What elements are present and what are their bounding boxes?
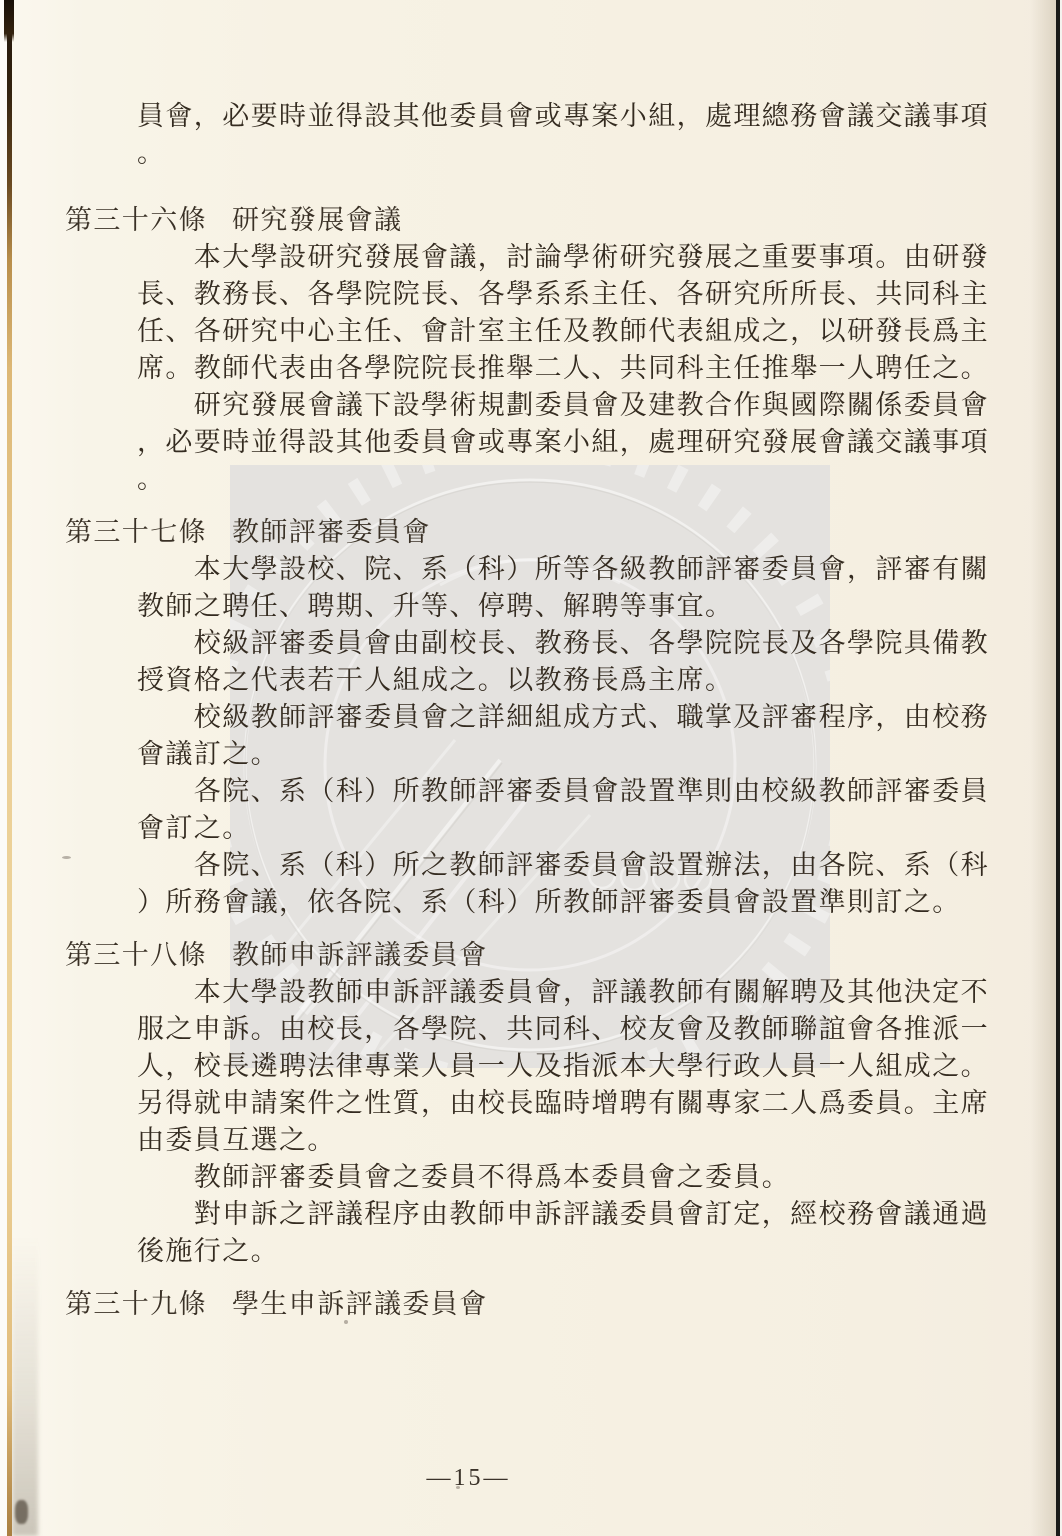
text-line: 各院、系（科）所教師評審委員會設置準則由校級教師評審委員 xyxy=(137,773,1062,810)
text-line: 校級評審委員會由副校長、教務長、各學院院長及各學院具備教 xyxy=(137,625,1062,662)
document-content: 員會，必要時並得設其他委員會或專案小組，處理總務會議交議事項。第三十六條研究發展… xyxy=(0,0,1062,1323)
text-line: 教師評審委員會之委員不得爲本委員會之委員。 xyxy=(137,1159,1062,1196)
text-line: 席。教師代表由各學院院長推舉二人、共同科主任推舉一人聘任之。 xyxy=(137,350,1062,387)
article-title: 研究發展會議 xyxy=(232,205,402,235)
paragraph: 本大學設校、院、系（科）所等各級教師評審委員會，評審有關教師之聘任、聘期、升等、… xyxy=(65,551,1062,921)
text-line: 各院、系（科）所之教師評審委員會設置辦法，由各院、系（科 xyxy=(137,847,1062,884)
article-heading: 第三十六條研究發展會議 xyxy=(65,202,1062,239)
text-line: 研究發展會議下設學術規劃委員會及建教合作與國際關係委員會 xyxy=(137,387,1062,424)
text-line: 長、教務長、各學院院長、各學系系主任、各研究所所長、共同科主 xyxy=(137,276,1062,313)
right-edge-shadow xyxy=(1030,0,1056,1536)
text-line: 會訂之。 xyxy=(137,810,1062,847)
article-title: 教師評審委員會 xyxy=(232,517,431,547)
article-number: 第三十七條 xyxy=(65,517,207,547)
text-line: 會議訂之。 xyxy=(137,736,1062,773)
article-heading: 第三十八條教師申訴評議委員會 xyxy=(65,937,1062,974)
text-line: 後施行之。 xyxy=(137,1233,1062,1270)
article-title: 教師申訴評議委員會 xyxy=(232,940,488,970)
text-line: 由委員互選之。 xyxy=(137,1122,1062,1159)
text-line: 授資格之代表若干人組成之。以教務長爲主席。 xyxy=(137,662,1062,699)
paragraph: 員會，必要時並得設其他委員會或專案小組，處理總務會議交議事項。 xyxy=(65,98,1062,172)
scan-left-margin xyxy=(0,0,7,1536)
article-number: 第三十八條 xyxy=(65,940,207,970)
article-heading: 第三十九條學生申訴評議委員會 xyxy=(65,1286,1062,1323)
article-number: 第三十六條 xyxy=(65,205,207,235)
text-line: ，必要時並得設其他委員會或專案小組，處理研究發展會議交議事項 xyxy=(137,424,1062,461)
text-line: 。 xyxy=(137,461,1062,498)
text-line: 人，校長遴聘法律專業人員一人及指派本大學行政人員一人組成之。 xyxy=(137,1048,1062,1085)
text-line: 對申訴之評議程序由教師申訴評議委員會訂定，經校務會議通過 xyxy=(137,1196,1062,1233)
text-line: 本大學設校、院、系（科）所等各級教師評審委員會，評審有關 xyxy=(137,551,1062,588)
paragraph: 本大學設教師申訴評議委員會，評議教師有關解聘及其他決定不服之申訴。由校長，各學院… xyxy=(65,974,1062,1270)
text-line: 本大學設研究發展會議，討論學術研究發展之重要事項。由研發 xyxy=(137,239,1062,276)
text-line: 服之申訴。由校長，各學院、共同科、校友會及教師聯誼會各推派一 xyxy=(137,1011,1062,1048)
book-spine-edge xyxy=(7,0,12,1536)
bottom-left-corner-mark xyxy=(15,1500,28,1524)
text-line: ）所務會議，依各院、系（科）所教師評審委員會設置準則訂之。 xyxy=(137,884,1062,921)
page-number: —15— xyxy=(72,1465,865,1492)
scan-speck xyxy=(456,1486,460,1489)
text-line: 另得就申請案件之性質，由校長臨時增聘有關專家二人爲委員。主席 xyxy=(137,1085,1062,1122)
scan-speck xyxy=(344,1320,348,1324)
text-line: 。 xyxy=(137,135,1062,172)
article-number: 第三十九條 xyxy=(65,1289,207,1319)
scanned-document-page: 員會，必要時並得設其他委員會或專案小組，處理總務會議交議事項。第三十六條研究發展… xyxy=(0,0,1062,1536)
paragraph: 本大學設研究發展會議，討論學術研究發展之重要事項。由研發長、教務長、各學院院長、… xyxy=(65,239,1062,498)
bottom-left-curl-shadow xyxy=(12,1236,38,1536)
text-line: 員會，必要時並得設其他委員會或專案小組，處理總務會議交議事項 xyxy=(137,98,1062,135)
text-line: 校級教師評審委員會之詳細組成方式、職掌及評審程序，由校務 xyxy=(137,699,1062,736)
text-line: 本大學設教師申訴評議委員會，評議教師有關解聘及其他決定不 xyxy=(137,974,1062,1011)
text-line: 教師之聘任、聘期、升等、停聘、解聘等事宜。 xyxy=(137,588,1062,625)
scan-speck xyxy=(62,856,71,859)
book-spine-dark-cap xyxy=(4,0,14,42)
text-line: 任、各研究中心主任、會計室主任及教師代表組成之，以研發長爲主 xyxy=(137,313,1062,350)
article-title: 學生申訴評議委員會 xyxy=(232,1289,488,1319)
article-heading: 第三十七條教師評審委員會 xyxy=(65,514,1062,551)
